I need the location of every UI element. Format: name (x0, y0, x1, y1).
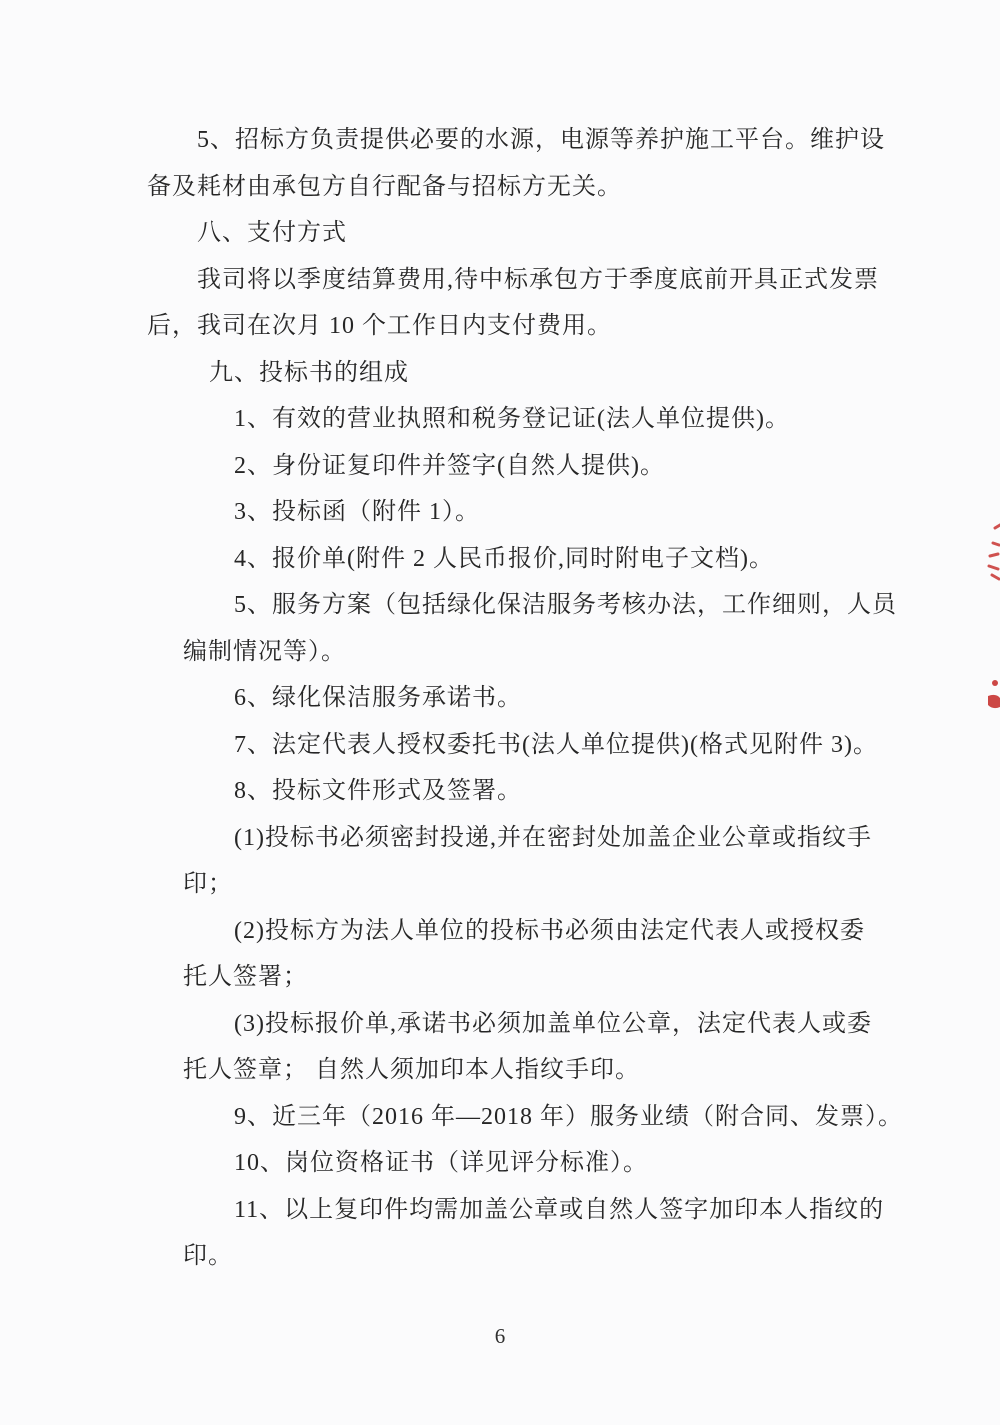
document-page: 5、招标方负责提供必要的水源，电源等养护施工平台。维护设备及耗材由承包方自行配备… (0, 0, 1000, 1425)
red-seal-mark-lower (988, 680, 1000, 708)
page-number: 6 (0, 1324, 1000, 1349)
text-line: (1)投标书必须密封投递,并在密封处加盖企业公章或指纹手 (234, 815, 892, 862)
text-line: 11、以上复印件均需加盖公章或自然人签字加印本人指纹的 (234, 1187, 892, 1234)
text-line: 10、岗位资格证书（详见评分标准）。 (234, 1140, 892, 1187)
text-line: 5、服务方案（包括绿化保洁服务考核办法，工作细则，人员 (234, 582, 892, 629)
text-line: 7、法定代表人授权委托书(法人单位提供)(格式见附件 3)。 (234, 722, 892, 769)
text-line: 8、投标文件形式及签署。 (234, 768, 892, 815)
text-line: 5、招标方负责提供必要的水源，电源等养护施工平台。维护设 (197, 117, 892, 164)
text-line: 2、身份证复印件并签字(自然人提供)。 (234, 443, 892, 490)
text-line: 1、有效的营业执照和税务登记证(法人单位提供)。 (234, 396, 892, 443)
text-line: 6、绿化保洁服务承诺书。 (234, 675, 892, 722)
text-line: 4、报价单(附件 2 人民币报价,同时附电子文档)。 (234, 536, 892, 583)
document-lines: 5、招标方负责提供必要的水源，电源等养护施工平台。维护设备及耗材由承包方自行配备… (147, 117, 892, 1280)
text-line: 印； (183, 861, 892, 908)
text-line: (3)投标报价单,承诺书必须加盖单位公章，法定代表人或委 (234, 1001, 892, 1048)
text-line: 备及耗材由承包方自行配备与招标方无关。 (147, 164, 892, 211)
text-line: 托人签署； (183, 954, 892, 1001)
text-line: (2)投标方为法人单位的投标书必须由法定代表人或授权委 (234, 908, 892, 955)
text-line: 3、投标函（附件 1）。 (234, 489, 892, 536)
red-seal-mark-upper (989, 525, 1000, 579)
text-line: 托人签章； 自然人须加印本人指纹手印。 (183, 1047, 892, 1094)
text-line: 后，我司在次月 10 个工作日内支付费用。 (147, 303, 892, 350)
text-line: 印。 (183, 1233, 892, 1280)
text-line: 编制情况等）。 (183, 629, 892, 676)
text-line: 九、投标书的组成 (209, 350, 892, 397)
text-line: 9、近三年（2016 年—2018 年）服务业绩（附合同、发票）。 (234, 1094, 892, 1141)
text-line: 我司将以季度结算费用,待中标承包方于季度底前开具正式发票 (197, 257, 892, 304)
text-line: 八、支付方式 (197, 210, 892, 257)
